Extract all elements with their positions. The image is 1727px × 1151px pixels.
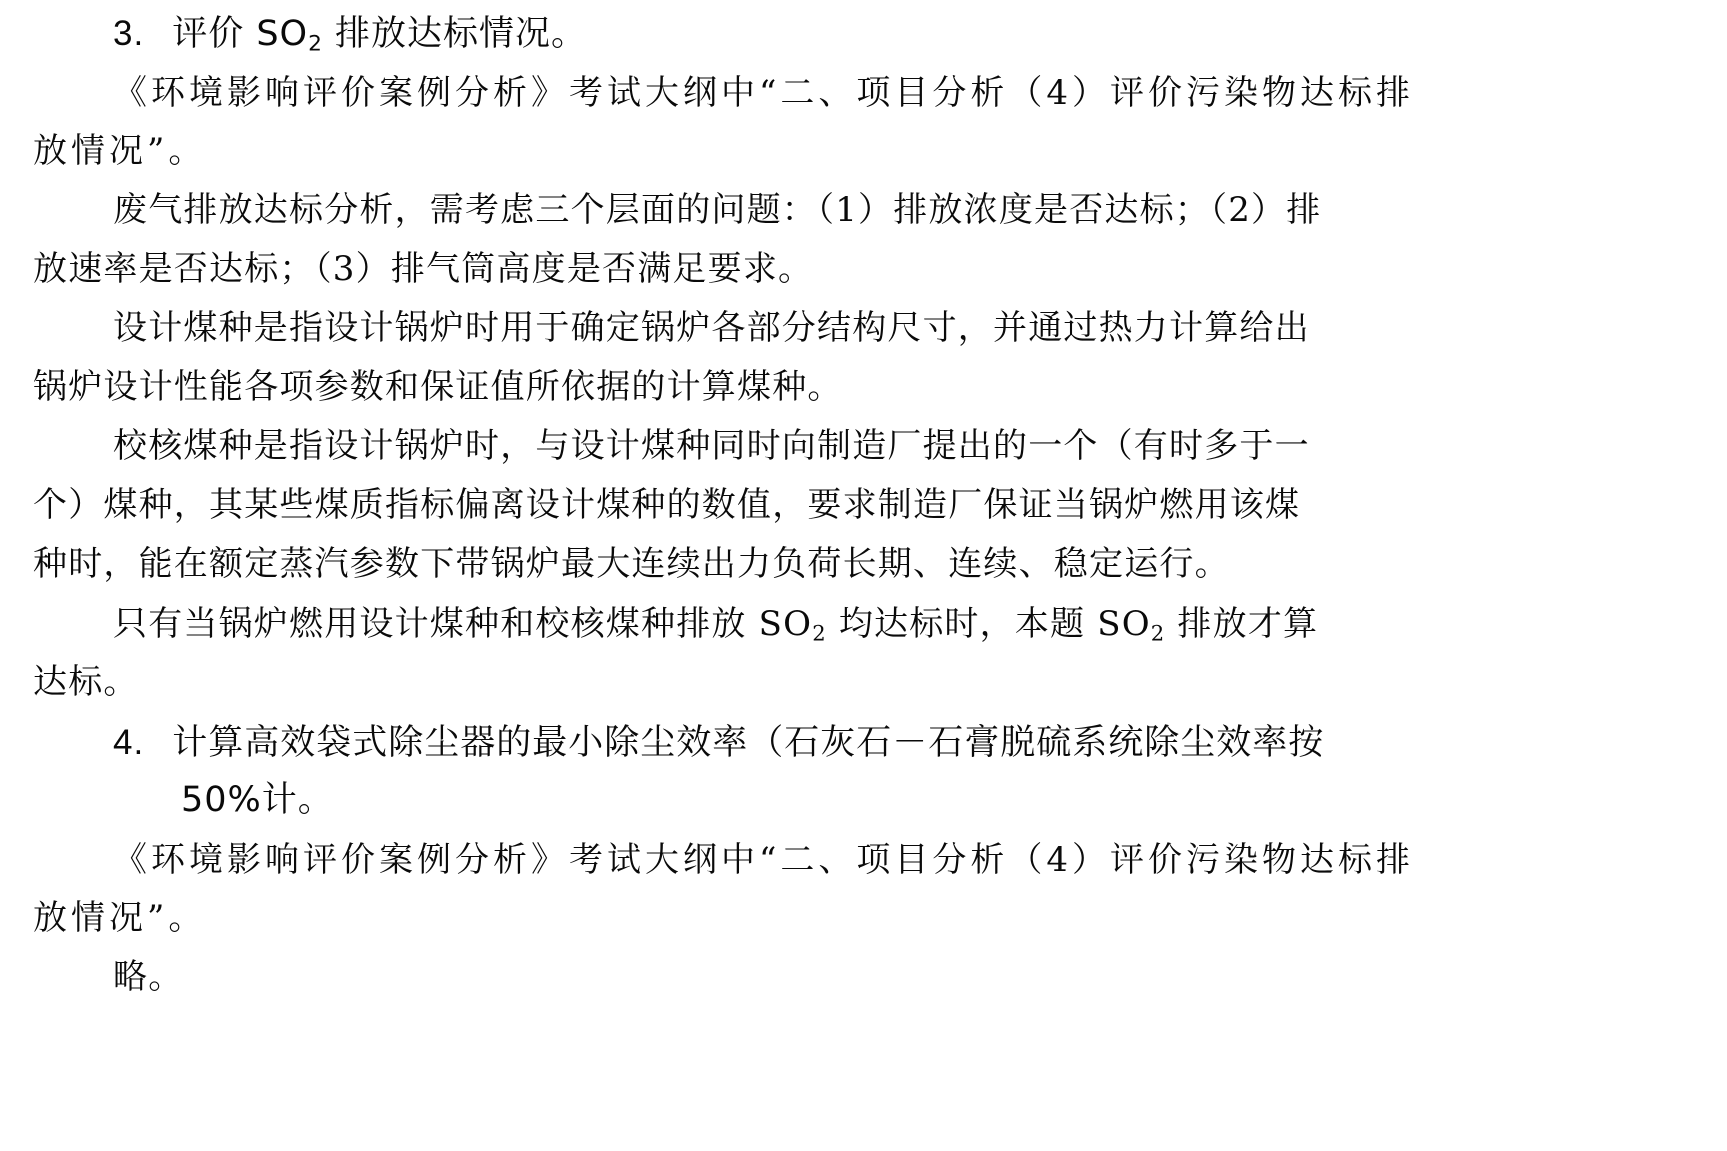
paragraph-line: 放情况”。: [33, 134, 206, 168]
paragraph-line: 个）煤种，其某些煤质指标偏离设计煤种的数值，要求制造厂保证当锅炉燃用该煤: [33, 488, 1300, 522]
text-fragment: 只有当锅炉燃用设计煤种和校核煤种排放 SO: [113, 604, 812, 644]
subscript: 2: [812, 620, 827, 645]
paragraph-line-so2: 只有当锅炉燃用设计煤种和校核煤种排放 SO2 均达标时，本题 SO2 排放才算: [113, 607, 1318, 641]
section-3-heading: 3.评价 SO2 排放达标情况。: [113, 16, 587, 52]
section-3-title-a: 评价 SO: [172, 14, 308, 54]
paragraph-line: 设计煤种是指设计锅炉时用于确定锅炉各部分结构尺寸，并通过热力计算给出: [113, 311, 1310, 345]
section-4-number: 4.: [113, 723, 144, 762]
section-4-heading: 4.计算高效袋式除尘器的最小除尘效率（石灰石－石膏脱硫系统除尘效率按: [113, 725, 1324, 761]
paragraph-line: 废气排放达标分析，需考虑三个层面的问题：（1）排放浓度是否达标；（2）排: [113, 193, 1321, 227]
section-3-number: 3.: [113, 14, 144, 53]
text-fragment: 排放才算: [1165, 604, 1318, 644]
section-3-title-b: 排放达标情况。: [323, 14, 587, 54]
section-3-title-subscript: 2: [308, 31, 323, 56]
text-fragment: 均达标时，本题 SO: [827, 604, 1151, 644]
paragraph-line: 达标。: [33, 665, 139, 699]
paragraph-line: 放速率是否达标；（3）排气筒高度是否满足要求。: [33, 252, 813, 286]
section-4-title-line2: 50%计。: [181, 783, 334, 818]
subscript: 2: [1151, 620, 1166, 645]
paragraph-line: 《环境影响评价案例分析》考试大纲中“二、项目分析（4）评价污染物达标排: [113, 76, 1414, 110]
paragraph-line: 校核煤种是指设计锅炉时，与设计煤种同时向制造厂提出的一个（有时多于一: [113, 429, 1310, 463]
paragraph-line: 《环境影响评价案例分析》考试大纲中“二、项目分析（4）评价污染物达标排: [113, 843, 1414, 877]
paragraph-line: 锅炉设计性能各项参数和保证值所依据的计算煤种。: [33, 370, 843, 404]
paragraph-line: 种时，能在额定蒸汽参数下带锅炉最大连续出力负荷长期、连续、稳定运行。: [33, 547, 1230, 581]
paragraph-line: 略。: [113, 960, 183, 994]
section-4-title-line1: 计算高效袋式除尘器的最小除尘效率（石灰石－石膏脱硫系统除尘效率按: [172, 723, 1324, 763]
document-page: 3.评价 SO2 排放达标情况。 《环境影响评价案例分析》考试大纲中“二、项目分…: [0, 0, 1727, 1151]
paragraph-line: 放情况”。: [33, 901, 206, 935]
